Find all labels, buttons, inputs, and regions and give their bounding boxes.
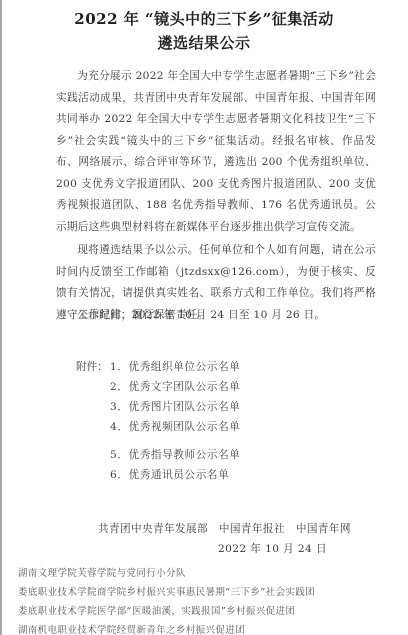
attachment-item: 1．优秀组织单位公示名单 — [110, 358, 240, 378]
paragraph-intro: 为充分展示 2022 年全国大中专学生志愿者暑期“三下乡”社会实践活动成果，共青… — [56, 66, 376, 238]
document-title-line2: 遴选结果公示 — [0, 32, 408, 53]
attachment-item: 2．优秀文字团队公示名单 — [110, 378, 240, 398]
document-title-line1: 2022 年 “镜头中的三下乡”征集活动 — [0, 8, 408, 29]
document-page: 2022 年 “镜头中的三下乡”征集活动 遴选结果公示 为充分展示 2022 年… — [0, 0, 408, 635]
team-list-item: 娄底职业技术学院商学院乡村振兴实事惠民暑期“三下乡”社会实践团 — [18, 584, 315, 598]
team-list-item: 湖南机电职业技术学院经贸新青年之乡村振兴促进团 — [18, 622, 245, 635]
signature-organizations: 共青团中央青年发展部 中国青年报社 中国青年网 — [98, 521, 351, 536]
attachment-item: 6．优秀通讯员公示名单 — [110, 466, 229, 486]
team-list-item: 湖南文理学院芙蓉学院与党同行小分队 — [18, 565, 186, 579]
attachments-label: 附件： — [76, 358, 108, 378]
attachment-item: 4．优秀视频团队公示名单 — [110, 418, 240, 438]
attachment-item: 3．优秀图片团队公示名单 — [110, 398, 240, 418]
signature-date: 2022 年 10 月 24 日 — [218, 541, 327, 556]
attachment-item: 5．优秀指导教师公示名单 — [110, 446, 240, 466]
paragraph-period: 公示时间：2022 年 10 月 24 日至 10 月 26 日。 — [56, 305, 376, 327]
team-list-item: 娄底职业技术学院医学部“医暖油溪，实践报国”乡村振兴促进团 — [18, 603, 295, 617]
